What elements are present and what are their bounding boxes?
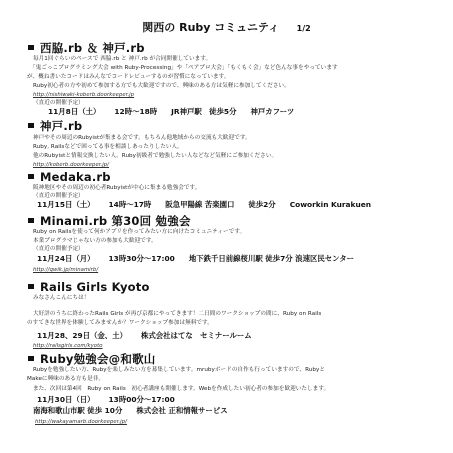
title-text: 関西の Ruby コミュニティ [142,21,279,34]
event-location: 南海和歌山市駅 徒歩 10分株式会社 正和情報サービス [33,405,228,416]
section-heading-medakarb: Medaka.rb [28,170,111,184]
square-bullet-icon [28,174,34,179]
section-heading-nishiwaki-koberb: 西脇.rb ＆ 神戸.rb [28,41,145,55]
section-link[interactable]: http://qwik.jp/minamirb/ [33,266,98,275]
section-link[interactable]: http://railsgirls.com/kyoto [33,342,103,351]
section-text: Rubyを勉強したい方、Rubyを楽しみたい方を募集しています。mrubyボード… [33,366,325,375]
section-heading-minamirb: Minami.rb 第30回 勉強会 [28,214,191,228]
section-text: Makeに興味のある方も是非。 [27,375,104,384]
section-text: 大好評のうちに終わったRails Girls が再び京都にやってきます！二日間の… [33,310,321,319]
square-bullet-icon [28,123,34,128]
square-bullet-icon [28,218,34,223]
section-text: また、次回は第4回 Ruby on Rails 初心者講座も開催します。Webを… [33,385,329,394]
section-heading-koberb: 神戸.rb [28,119,82,133]
section-text: のすてきな世界を体験してみませんか？ワークショップ参加は無料です。 [27,319,213,328]
section-heading-railsgirls-kyoto: Rails Girls Kyoto [28,280,150,294]
event-details: 11月30日（日）13時00分～17:00 [37,394,175,405]
section-text: Ruby, Railsなどで困ってる事を相談しあったりしたい人。 [33,143,183,152]
page-number: 1/2 [297,24,311,33]
flyer-page: 関西の Ruby コミュニティ 1/2 西脇.rb ＆ 神戸.rb 毎月1回ぐら… [0,0,453,453]
section-text: 他のRubyistと情報交換したい人。Ruby初級者で勉強したい人などなど気軽に… [33,152,277,161]
page-title: 関西の Ruby コミュニティ 1/2 [0,21,453,36]
square-bullet-icon [28,284,34,289]
section-text: が、概ね書いたコードはみんなでコードレビューするのが習慣になっています。 [27,73,229,82]
section-text: 神戸やその周辺のRubyistが集まる会です。もちろん他地域からの交流も大歓迎で… [33,134,251,143]
section-heading-wakayama: Ruby勉強会@和歌山 [28,352,155,366]
square-bullet-icon [28,45,34,50]
square-bullet-icon [28,356,34,361]
section-link[interactable]: http://koberb.doorkeeper.jp/ [33,161,109,170]
section-text: Ruby初心者の方や初めて参加する方でも大歓迎ですので、興味のある方は気軽に参加… [33,82,290,91]
section-link[interactable]: http://wakayamarb.doorkeeper.jp/ [35,418,127,427]
section-text: 毎月1回ぐらいのペースで 西脇.rb と 神戸.rb が合同開催しています。 [33,55,211,64]
event-details: 11月24日（月）13時30分～17:00地下鉄千日前線桜川駅 徒歩7分 浪速区… [37,253,354,264]
section-text: Ruby on Railsを使って何かアプリを作ってみたい方に向けたコミュニティ… [33,228,245,237]
section-text: 「鬼ごっこプログラミング大会 with Ruby-Processing」や「ペア… [30,64,338,73]
event-details: 11月28、29日（金、土）株式会社はてな セミナールーム [37,330,252,341]
event-details: 11月8日（土）12時～18時JR神戸駅 徒歩5分神戸カフーツ [48,106,294,117]
section-text: みなさんこんにちは！ [33,294,89,303]
event-details: 11月15日（土）14時～17時阪急甲陽線 苦楽園口徒歩2分Coworkin K… [37,199,371,210]
